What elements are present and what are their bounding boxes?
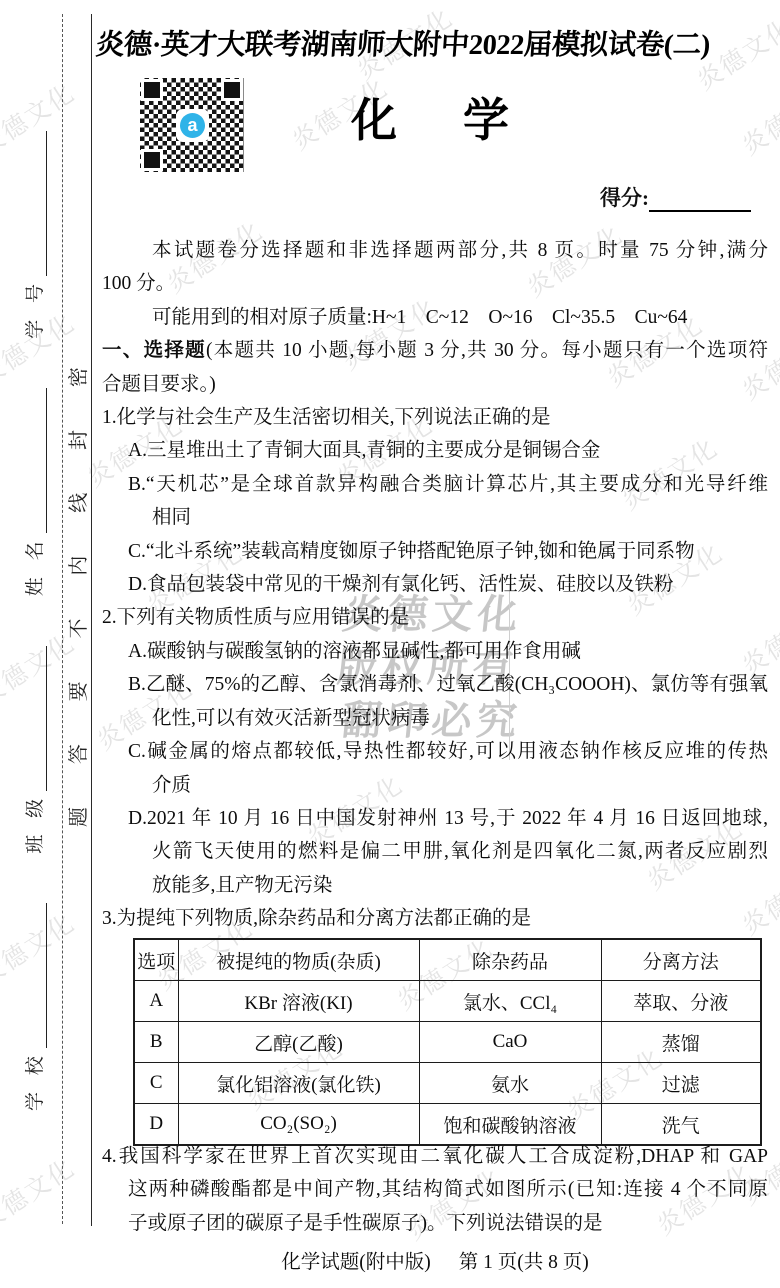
table-header-cell: 被提纯的物质(杂质) [178,939,419,981]
field-school: 学 校 [20,903,47,1111]
purification-table: 选项 被提纯的物质(杂质) 除杂药品 分离方法 A KBr 溶液(KI) 氯水、… [133,938,762,1146]
page-footer: 化学试题(附中版)第 1 页(共 8 页) [92,1246,778,1274]
question-4-lines: 4.我国科学家在世界上首次实现由二氧化碳人工合成淀粉,DHAP 和 GAP这两种… [100,1140,768,1240]
table-cell: 氯化铝溶液(氯化铁) [178,1063,419,1104]
table-cell: B [134,1022,178,1063]
exam-title: 炎德·英才大联考湖南师大附中2022届模拟试卷(二) [95,22,776,63]
seal-char: 密 [62,367,86,387]
text-line: 100 分。 [100,267,768,300]
text-line: 2.下列有关物质性质与应用错误的是 [100,601,768,634]
margin-fields: 学 校 班 级 姓 名 学 号 [25,131,47,1111]
field-class: 班 级 [20,646,47,854]
field-student-id: 学 号 [20,131,47,339]
table-cell: 过滤 [601,1063,761,1104]
subject-title: 化 学 [92,84,778,150]
table-header-row: 选项 被提纯的物质(杂质) 除杂药品 分离方法 [134,939,761,981]
text-line: 介质 [100,769,768,802]
text-line: 放能多,且产物无污染 [100,869,768,902]
table-row: C 氯化铝溶液(氯化铁) 氨水 过滤 [134,1063,761,1104]
text-line: A.碳酸钠与碳酸氢钠的溶液都显碱性,都可用作食用碱 [100,635,768,668]
seal-char: 线 [62,493,86,513]
seal-char: 题 [62,807,86,827]
table-row: B 乙醇(乙酸) CaO 蒸馏 [134,1022,761,1063]
table-cell: CO₂(SO₂) [178,1104,419,1146]
seal-text: 题答要不内线封密 [62,367,86,827]
table-cell: 蒸馏 [601,1022,761,1063]
table-row: A KBr 溶液(KI) 氯水、CCl₄ 萃取、分液 [134,981,761,1022]
table-cell: KBr 溶液(KI) [178,981,419,1022]
footer-page-number: 第 1 页(共 8 页) [459,1252,589,1273]
table-cell: 氨水 [419,1063,601,1104]
table-cell: 氯水、CCl₄ [419,981,601,1022]
score-blank [649,188,751,212]
text-line: A.三星堆出土了青铜大面具,青铜的主要成分是铜锡合金 [100,434,768,467]
table-cell: C [134,1063,178,1104]
text-line: 可能用到的相对原子质量:H~1 C~12 O~16 Cl~35.5 Cu~64 [100,301,768,334]
text-line: 4.我国科学家在世界上首次实现由二氧化碳人工合成淀粉,DHAP 和 GAP [100,1140,768,1173]
text-line: C.“北斗系统”装载高精度铷原子钟搭配铯原子钟,铷和铯属于同系物 [100,535,768,568]
watermark-tile: 炎德文化 [0,1148,81,1237]
field-label: 学 号 [20,278,47,339]
qr-finder-icon [141,149,163,171]
table-cell: 乙醇(乙酸) [178,1022,419,1063]
table-header-cell: 除杂药品 [419,939,601,981]
text-line: 火箭飞天使用的燃料是偏二甲肼,氧化剂是四氧化二氮,两者反应剧烈 [100,835,768,868]
text-line: 1.化学与社会生产及生活密切相关,下列说法正确的是 [100,401,768,434]
field-label: 姓 名 [20,535,47,596]
table-cell: 洗气 [601,1104,761,1146]
field-name: 姓 名 [20,388,47,596]
table-row: D CO₂(SO₂) 饱和碳酸钠溶液 洗气 [134,1104,761,1146]
seal-char: 封 [62,430,86,450]
seal-char: 不 [62,618,86,638]
field-blank [42,131,47,276]
text-line: D.食品包装袋中常见的干燥剂有氯化钙、活性炭、硅胶以及铁粉 [100,568,768,601]
seal-solid-line [91,14,92,1226]
text-line: 相同 [100,501,768,534]
exam-page: 炎德文化炎德文化炎德文化炎德文化炎德文化炎德文化炎德文化炎德文化炎德文化炎德文化… [0,0,780,1288]
field-label: 班 级 [20,793,47,854]
text-line: C.碱金属的熔点都较低,导热性都较好,可以用液态钠作核反应堆的传热 [100,735,768,768]
table-header-cell: 选项 [134,939,178,981]
footer-doc-label: 化学试题(附中版) [281,1252,431,1273]
score-row: 得分: [600,182,751,212]
table-cell: 饱和碳酸钠溶液 [419,1104,601,1146]
text-line: 化性,可以有效灭活新型冠状病毒 [100,702,768,735]
text-line: 子或原子团的碳原子是手性碳原子)。下列说法错误的是 [100,1207,768,1240]
text-line: 这两种磷酸酯都是中间产物,其结构简式如图所示(已知:连接 4 个不同原 [100,1173,768,1206]
text-line: 合题目要求。) [100,368,768,401]
text-line: B.乙醚、75%的乙醇、含氯消毒剂、过氧乙酸(CH₃COOOH)、氯仿等有强氧 [100,668,768,701]
text-line: 本试题卷分选择题和非选择题两部分,共 8 页。时量 75 分钟,满分 [100,234,768,267]
field-blank [42,903,47,1048]
table-header-cell: 分离方法 [601,939,761,981]
text-line: B.“天机芯”是全球首款异构融合类脑计算芯片,其主要成分和光导纤维 [100,468,768,501]
text-line: 3.为提纯下列物质,除杂药品和分离方法都正确的是 [100,902,768,935]
score-label: 得分: [600,186,649,210]
field-blank [42,388,47,533]
text-line: 一、选择题(本题共 10 小题,每小题 3 分,共 30 分。每小题只有一个选项… [100,334,768,367]
table-cell: D [134,1104,178,1146]
table-cell: A [134,981,178,1022]
seal-char: 答 [62,744,86,764]
table-cell: 萃取、分液 [601,981,761,1022]
field-blank [42,646,47,791]
field-label: 学 校 [20,1050,47,1111]
table-cell: CaO [419,1022,601,1063]
text-line: D.2021 年 10 月 16 日中国发射神州 13 号,于 2022 年 4… [100,802,768,835]
seal-char: 内 [62,556,86,576]
seal-char: 要 [62,681,86,701]
body-lines: 本试题卷分选择题和非选择题两部分,共 8 页。时量 75 分钟,满分100 分。… [100,234,768,936]
